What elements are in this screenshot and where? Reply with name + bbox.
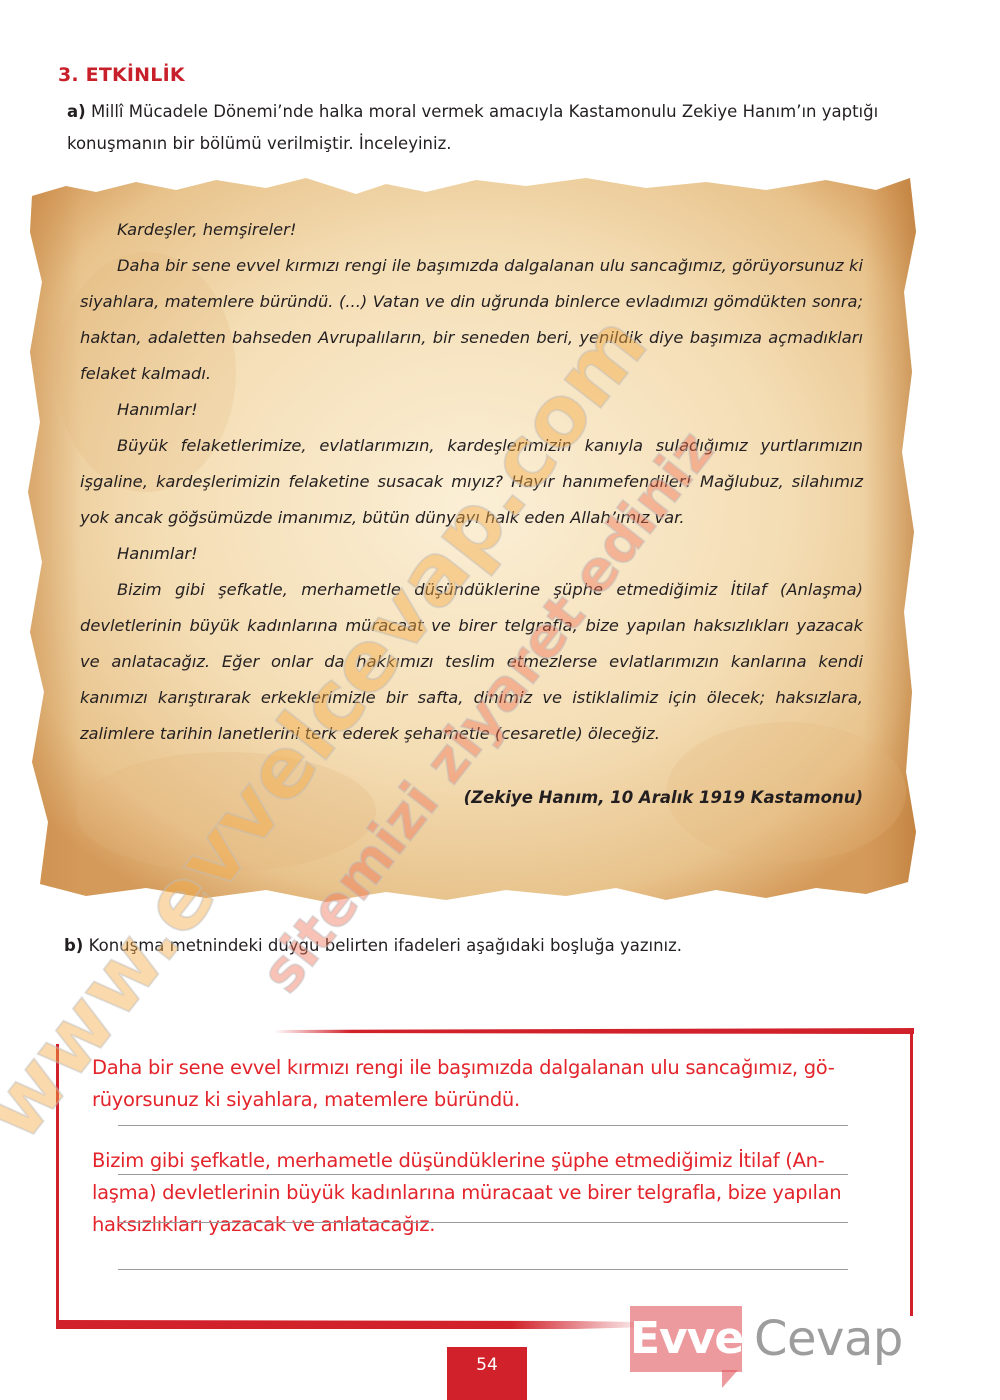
speech-paragraph: Kardeşler, hemşireler!	[80, 212, 863, 248]
answer-writing-line	[118, 1174, 848, 1175]
part-a-instruction: a) Millî Mücadele Dönemi’nde halka moral…	[67, 96, 947, 160]
part-b-text: Konuşma metnindeki duygu belirten ifadel…	[89, 936, 682, 955]
speech-attribution: (Zekiye Hanım, 10 Aralık 1919 Kastamonu)	[464, 788, 863, 807]
part-b-label: b)	[64, 936, 83, 955]
speech-paragraph: Daha bir sene evvel kırmızı rengi ile ba…	[80, 248, 863, 392]
part-a-label: a)	[67, 102, 86, 121]
answer-1[interactable]: Daha bir sene evvel kırmızı rengi ile ba…	[92, 1052, 907, 1116]
answer-writing-line	[118, 1222, 848, 1223]
answer-writing-line	[118, 1269, 848, 1270]
part-b-instruction: b) Konuşma metnindeki duygu belirten ifa…	[64, 936, 682, 955]
speech-text: Kardeşler, hemşireler! Daha bir sene evv…	[80, 212, 863, 752]
answer-2[interactable]: Bizim gibi şefkatle, merhametle düşündük…	[92, 1145, 907, 1241]
logo-cevap-text: Cevap	[754, 1306, 903, 1372]
speech-paragraph: Hanımlar!	[80, 392, 863, 428]
speech-paragraph: Hanımlar!	[80, 536, 863, 572]
speech-bubble-tail-icon	[722, 1370, 738, 1388]
speech-paragraph: Büyük felaketlerimize, evlatlarımızın, k…	[80, 428, 863, 536]
activity-title: 3. ETKİNLİK	[58, 64, 185, 86]
speech-paragraph: Bizim gibi şefkatle, merhametle düşündük…	[80, 572, 863, 752]
page-number: 54	[447, 1347, 527, 1400]
part-a-text: Millî Mücadele Dönemi’nde halka moral ve…	[67, 102, 878, 153]
answer-writing-line	[118, 1125, 848, 1126]
logo-evvel-speech-bubble: Evvel	[630, 1306, 742, 1372]
